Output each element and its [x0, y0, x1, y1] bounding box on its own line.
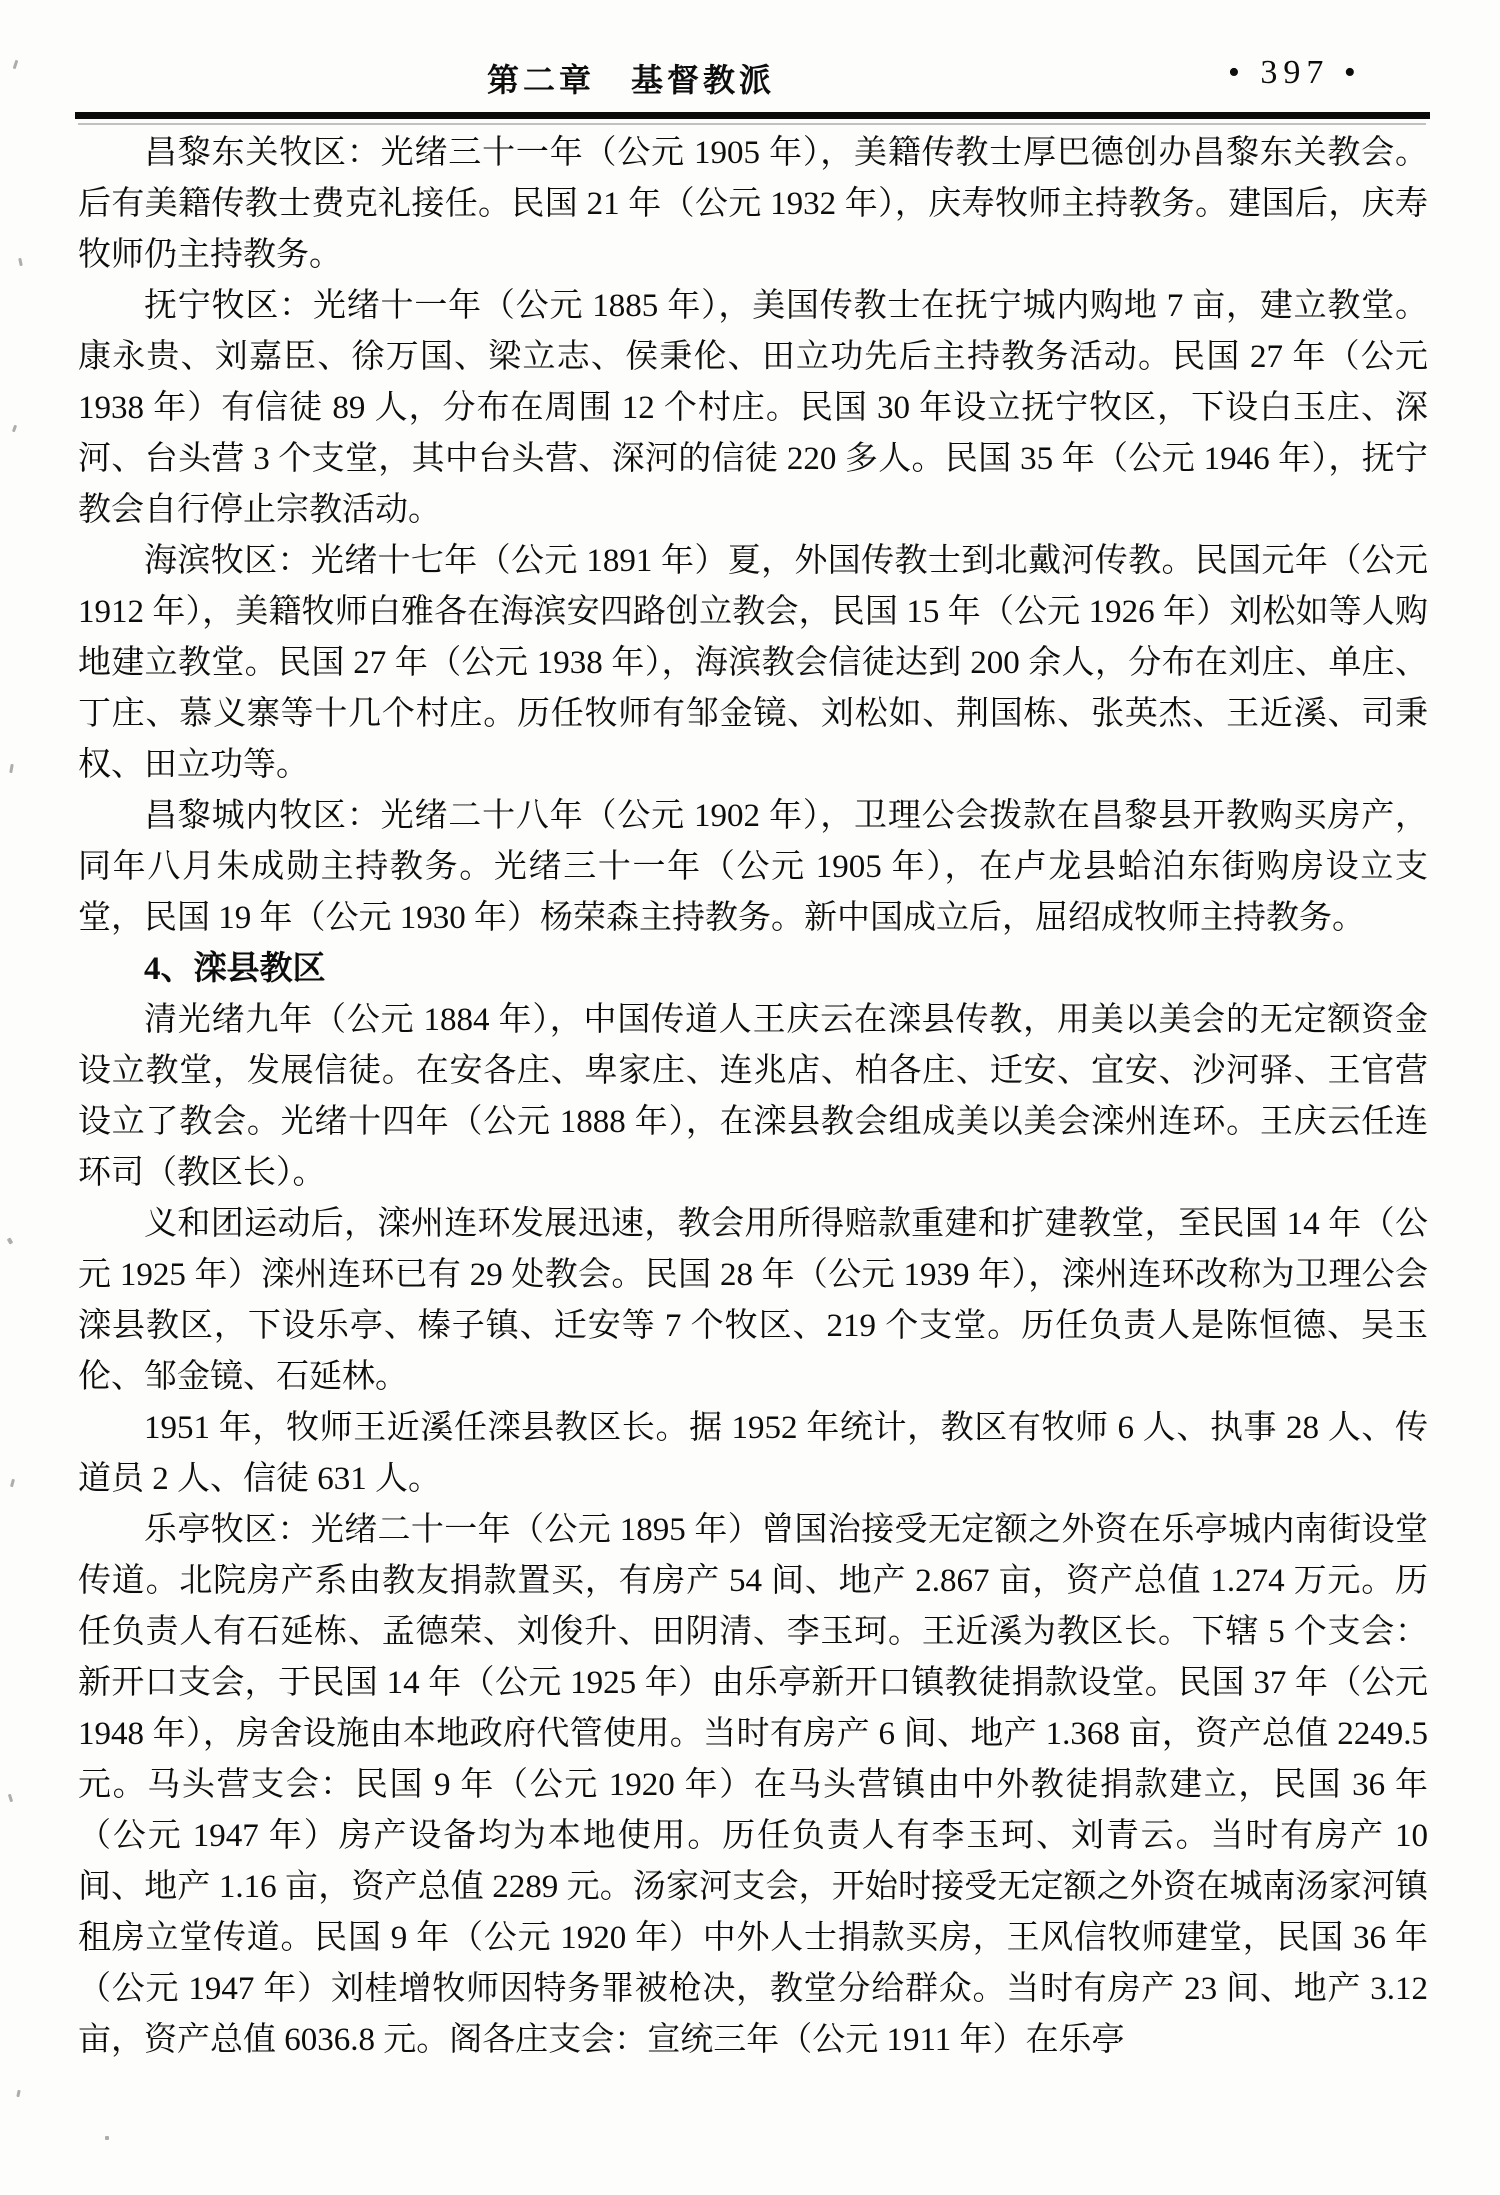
- scan-artifact: [13, 60, 19, 69]
- paragraph-funing: 抚宁牧区：光绪十一年（公元 1885 年），美国传教士在抚宁城内购地 7 亩，建…: [78, 281, 1428, 536]
- paragraph-changli-dongguan: 昌黎东关牧区：光绪三十一年（公元 1905 年），美籍传教士厚巴德创办昌黎东关教…: [78, 128, 1428, 281]
- page-number: • 397 •: [1228, 54, 1362, 92]
- scan-artifact: [18, 258, 23, 266]
- paragraph-luanzhou-lianhuan: 义和团运动后，滦州连环发展迅速，教会用所得赔款重建和扩建教堂，至民国 14 年（…: [78, 1199, 1428, 1403]
- scan-artifact: [8, 1794, 13, 1803]
- page-body: 昌黎东关牧区：光绪三十一年（公元 1905 年），美籍传教士厚巴德创办昌黎东关教…: [78, 128, 1428, 2066]
- header-rule-echo: [78, 123, 1426, 125]
- scan-artifact: [105, 2136, 109, 2140]
- scan-artifact: [16, 2090, 20, 2097]
- scan-artifact: [10, 1479, 15, 1488]
- running-head-chapter-title: 第二章 基督教派: [487, 55, 775, 101]
- book-page: 第二章 基督教派 • 397 • 昌黎东关牧区：光绪三十一年（公元 1905 年…: [0, 0, 1500, 2195]
- paragraph-changli-chengnei: 昌黎城内牧区：光绪二十八年（公元 1902 年），卫理公会拨款在昌黎县开教购买房…: [78, 791, 1428, 944]
- paragraph-luanxian-origin: 清光绪九年（公元 1884 年），中国传道人王庆云在滦县传教，用美以美会的无定额…: [78, 995, 1428, 1199]
- paragraph-laoting: 乐亭牧区：光绪二十一年（公元 1895 年）曾国治接受无定额之外资在乐亭城内南街…: [78, 1505, 1428, 2066]
- paragraph-haibin: 海滨牧区：光绪十七年（公元 1891 年）夏，外国传教士到北戴河传教。民国元年（…: [78, 536, 1428, 791]
- scan-artifact: [9, 764, 14, 773]
- section-heading-luanxian: 4、滦县教区: [78, 944, 1428, 995]
- scan-artifact: [7, 1237, 13, 1244]
- paragraph-1951-statistics: 1951 年，牧师王近溪任滦县教区长。据 1952 年统计，教区有牧师 6 人、…: [78, 1403, 1428, 1505]
- scan-artifact: [12, 425, 17, 433]
- header-rule: [75, 112, 1430, 119]
